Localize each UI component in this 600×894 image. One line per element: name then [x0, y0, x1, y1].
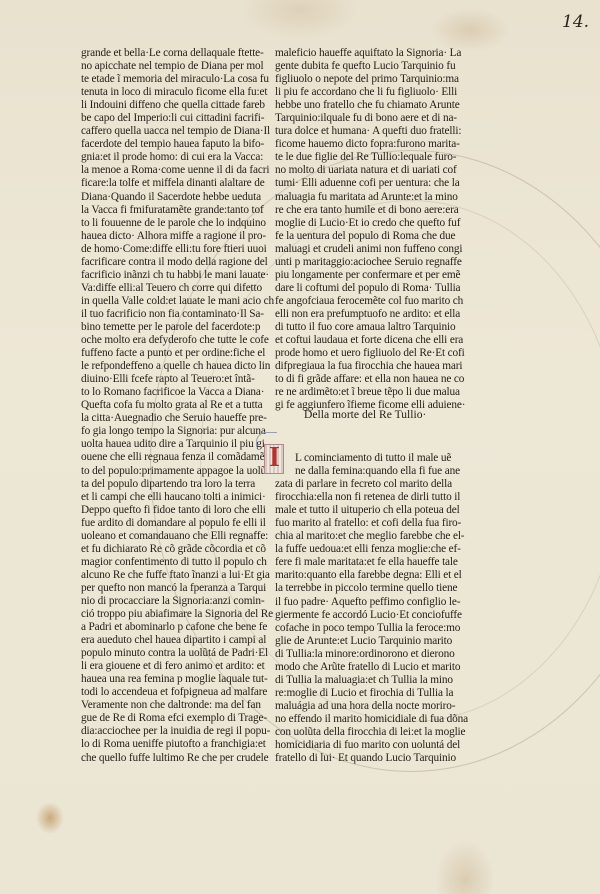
text-line: moglie di Lucio·Et io credo che quefto f…: [275, 217, 475, 230]
text-line: hauea una rea femina p moglie laquale tu…: [81, 673, 276, 686]
text-line: re ne ardimẽto:et ĩ breue tẽpo li due ma…: [275, 386, 475, 399]
text-line: la Vacca fi fmifuratamẽte grande:tanto t…: [81, 204, 276, 217]
text-line: fere fi male maritata:et fe ella haueffe…: [275, 556, 475, 569]
text-line: et fu dichiarato Re cõ grãde cõcordia et…: [81, 543, 276, 556]
text-line: difpregiaua la fua firocchia che hauea m…: [275, 360, 475, 373]
page-number: 14.: [562, 12, 589, 32]
text-line: li era giouene et di fero animo et ardit…: [81, 660, 276, 673]
text-line: di tutto il fuo core amaua laltro Tarqui…: [275, 321, 475, 334]
text-line: uolta hauea udito dire a Tarquinio il pi…: [81, 438, 276, 451]
text-line: be capo del Imperio:li cui cittadini fac…: [81, 112, 276, 125]
text-line: firocchia:ella non fi retenea de dirli t…: [275, 491, 475, 504]
text-line: alcuno Re che fuffe ftato ĩnanzi a lui·E…: [81, 569, 276, 582]
text-line: Quefta cofa fu molto grata al Re et a tu…: [81, 399, 276, 412]
text-line: caffero quella uacca nel tempio de Diana…: [81, 125, 276, 138]
text-line: facrificare contra il modo della ragione…: [81, 256, 276, 269]
text-line: che quello fuffe lultimo Re che per crud…: [81, 752, 276, 765]
text-line: tumi· Elli aduenne cofi per uentura: che…: [275, 177, 475, 190]
text-line: Deppo quefto fi fidoe tanto di loro che …: [81, 504, 276, 517]
manuscript-page: 14. grande et bella·Le corna dellaquale …: [0, 0, 600, 894]
text-line: te le due figlie del Re Tullio:lequale f…: [275, 151, 475, 164]
text-line: et li campi che elli haucano tolti a ini…: [81, 491, 276, 504]
text-line: gente dubita fe quefto Lucio Tarquinio f…: [275, 60, 475, 73]
text-line: ouene che elli regnaua fenza il comãdamẽ…: [81, 451, 276, 464]
text-line: unti p maritaggio:aciochee Seruio regnaf…: [275, 256, 475, 269]
text-line: hauea dicto· Alhora miffe a ragione il p…: [81, 230, 276, 243]
text-line: ficare:la tolfe et miffela dinanti alalt…: [81, 177, 276, 190]
text-line: cofache in poco tempo Tullia la feroce:m…: [275, 622, 475, 635]
text-line: maluágia ad una hora della nocte moriro-: [275, 700, 475, 713]
text-line: piu longamente per confermare et per emẽ: [275, 269, 475, 282]
text-line: de homo·Come:diffe elli:tu fore ftieri u…: [81, 243, 276, 256]
text-line: giermente fe accordó Lucio·Et conciofuff…: [275, 609, 475, 622]
text-line: re che era tanto humile et di bono aere:…: [275, 204, 475, 217]
text-line: homicidiaria di fuo marito con uoluntá d…: [275, 739, 475, 752]
text-line: fe angofciaua ferocemẽte col fuo marito …: [275, 295, 475, 308]
text-line: to del populo:primamente appagoe la uolũ…: [81, 465, 276, 478]
text-line: zata di parlare in fecreto col marito de…: [275, 478, 475, 491]
left-text-column: grande et bella·Le corna dellaquale ftet…: [81, 47, 276, 765]
text-line: tura dolce et humana· A quefti duo frate…: [275, 125, 475, 138]
text-line: male et tutto il uituperio ch ella poteu…: [275, 504, 475, 517]
text-line: fratello di lui· Et quando Lucio Tarquin…: [275, 752, 475, 765]
text-line: maleficio haueffe aquiftato la Signoria·…: [275, 47, 475, 60]
text-line: Va:diffe elli:al Teuero ch corre qui dif…: [81, 282, 276, 295]
text-line: to li fouuenne de le parole che lo indqu…: [81, 217, 276, 230]
chapter-heading: Della morte del Re Tullio·: [304, 408, 426, 421]
text-line: ta del populo dipartendo tra loro la ter…: [81, 478, 276, 491]
text-line: era aueduto chel hauea dipartito i campi…: [81, 634, 276, 647]
text-line: te etade ĩ memoria del miraculo·La cosa …: [81, 73, 276, 86]
text-line: ficome hauemo dicto fopra:furono marita-: [275, 138, 475, 151]
text-line: la fuffe uedoua:et elli fenza moglie:che…: [275, 543, 475, 556]
chapter-text: L cominciamento di tutto il male uẽne da…: [275, 452, 475, 765]
text-line: populo minuto contra la uolũtá de Padri·…: [81, 647, 276, 660]
text-line: diuino·Elli fcefe rapto al Teuero:et înt…: [81, 373, 276, 386]
text-line: li piu fe accordano che li fu figliuolo·…: [275, 86, 475, 99]
text-line: in quella Valle cold:et lauate le mani a…: [81, 295, 276, 308]
text-line: elli non era prefumptuofo ne ardito: et …: [275, 308, 475, 321]
text-line: figliuolo o nepote del primo Tarquinio:m…: [275, 73, 475, 86]
text-line: le refpondeffeno a quelle ch hauea dicto…: [81, 360, 276, 373]
text-line: ne dalla femina:quando ella fi fue ane: [275, 465, 475, 478]
text-line: magior confentimento di tutto il populo …: [81, 556, 276, 569]
text-line: uoleano et comandauano che Elli regnaffe…: [81, 530, 276, 543]
text-line: la menoe a Roma·come uenne il di da facr…: [81, 164, 276, 177]
text-line: chia al marito:et che meglio farebbe che…: [275, 530, 475, 543]
text-line: li Indouini diffeno che quella cittade f…: [81, 99, 276, 112]
text-line: L cominciamento di tutto il male uẽ: [275, 452, 475, 465]
text-line: dia:acciochee per la inuidia de regi il …: [81, 725, 276, 738]
text-line: todi lo accendeua et fofpigneua ad malfa…: [81, 686, 276, 699]
text-line: per quefto non mancó la fperanza a Tarqu…: [81, 582, 276, 595]
text-line: modo che Arũte fratello di Lucio et mari…: [275, 661, 475, 674]
text-line: bino temette per le parole del facerdote…: [81, 321, 276, 334]
text-line: fe la uentura del populo di Roma che due: [275, 230, 475, 243]
text-line: gnia:et il prode homo: di cui era la Vac…: [81, 151, 276, 164]
text-line: di Tullia la maluagia:et ch Tullia la mi…: [275, 674, 475, 687]
text-line: la terrebbe in piccolo termine quello ti…: [275, 582, 475, 595]
text-line: ció troppo piu abiafimare la Signoria de…: [81, 608, 276, 621]
text-line: oche molto era defyderofo che tutte le c…: [81, 334, 276, 347]
right-text-column: maleficio haueffe aquiftato la Signoria·…: [275, 47, 475, 412]
text-line: gue de Re di Roma efci exemplo di Trage-: [81, 712, 276, 725]
text-line: to di fi grãde affare: et ella non hauea…: [275, 373, 475, 386]
text-line: fue ardito di domandare al populo fe ell…: [81, 517, 276, 530]
text-line: no effendo il marito homicidiale di fua …: [275, 713, 475, 726]
text-line: re:moglie di Lucio et firochia di Tullia…: [275, 687, 475, 700]
text-line: prode homo et uero figliuolo del Re·Et c…: [275, 347, 475, 360]
text-line: marito:quanto ella farebbe degna: Elli e…: [275, 569, 475, 582]
text-line: dare li coftumi del populo di Roma· Tull…: [275, 282, 475, 295]
text-line: maluagia fu maritata ad Arunte:et la min…: [275, 191, 475, 204]
text-line: di Tullia:la minore:ordinorono et dieron…: [275, 648, 475, 661]
text-line: con uolũta della firocchia di lei:et la …: [275, 726, 475, 739]
text-line: lo di Roma ueniffe piutofto a franchigia…: [81, 738, 276, 751]
text-line: tenuta in loco di miraculo ficome ella f…: [81, 86, 276, 99]
text-line: glie de Arunte:et Lucio Tarquinio marito: [275, 635, 475, 648]
text-line: fuffeno facte a punto et per ordine:fich…: [81, 347, 276, 360]
text-line: il fuo padre· Aquefto peffimo configlio …: [275, 596, 475, 609]
text-line: maluagi et crudeli animi non fuffeno con…: [275, 243, 475, 256]
text-line: et coftui laudaua et forte dicena che el…: [275, 334, 475, 347]
text-line: to lo Romano facrificoe la Vacca a Diana…: [81, 386, 276, 399]
text-line: Tarquinio:ilquale fu di bono aere et di …: [275, 112, 475, 125]
text-line: facrificio inãnzi ch tu habbi le mani la…: [81, 269, 276, 282]
text-line: fuo marito al fratello: et cofi della fu…: [275, 517, 475, 530]
text-line: hebbe uno fratello che fu chiamato Arunt…: [275, 99, 475, 112]
text-line: il tuo facrificio non fia contaminato·Il…: [81, 308, 276, 321]
text-line: facerdote del tempio hauea faputo la bif…: [81, 138, 276, 151]
text-line: la citta·Auegnadio che Seruio haueffe pr…: [81, 412, 276, 425]
text-line: a Padri et abominarlo p cafone che bene …: [81, 621, 276, 634]
text-line: nio di procacciare la Signoria:anzi comi…: [81, 595, 276, 608]
text-line: no apicchate nel tempio de Diana per mol: [81, 60, 276, 73]
text-line: no molto di uariata natura et di uariati…: [275, 164, 475, 177]
text-line: Diana·Quando il Sacerdote hebbe ueduta: [81, 191, 276, 204]
text-line: Veramente non che daltronde: ma del fan: [81, 699, 276, 712]
text-line: grande et bella·Le corna dellaquale ftet…: [81, 47, 276, 60]
text-line: fo gia longo tempo la Signoria: pur alcu…: [81, 425, 276, 438]
